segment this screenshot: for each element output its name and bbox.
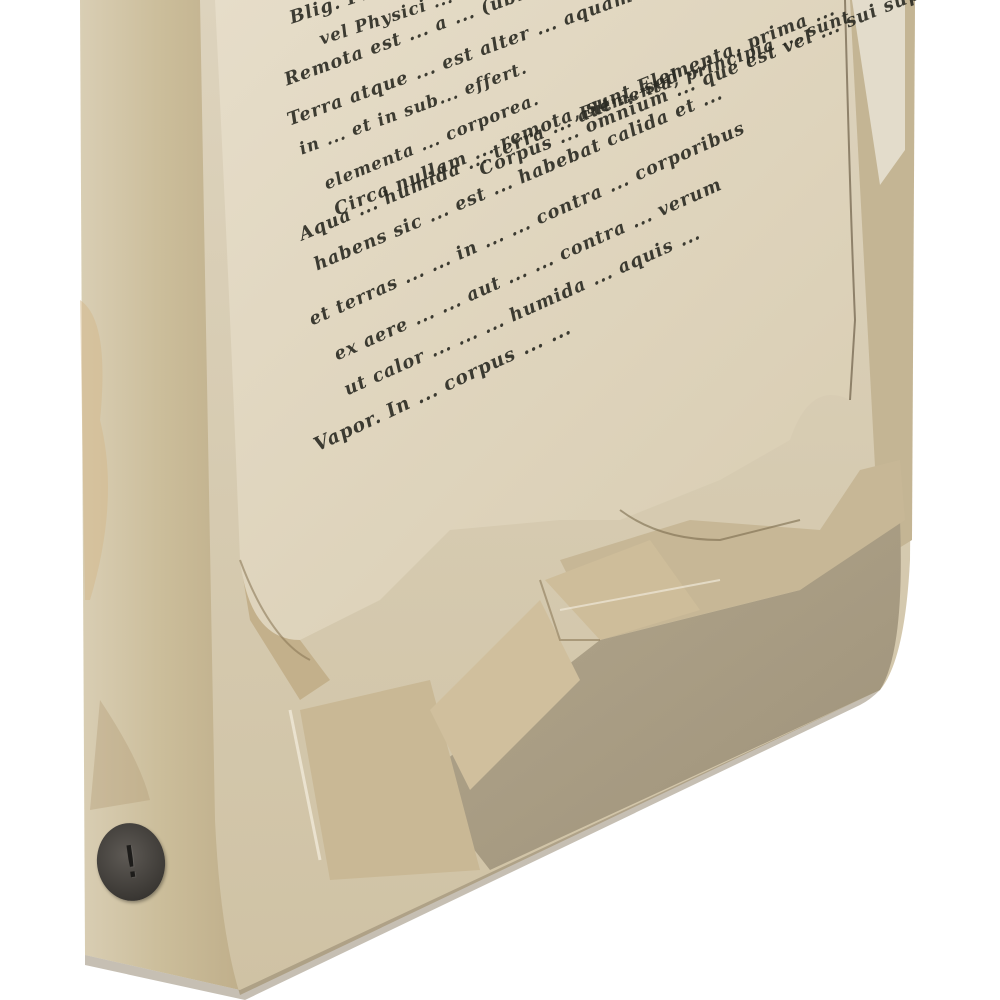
exclamation-icon: ! [119, 836, 144, 889]
product-photo: Blig. Physiol. ... et ... ag vel Physici… [0, 0, 1000, 1000]
